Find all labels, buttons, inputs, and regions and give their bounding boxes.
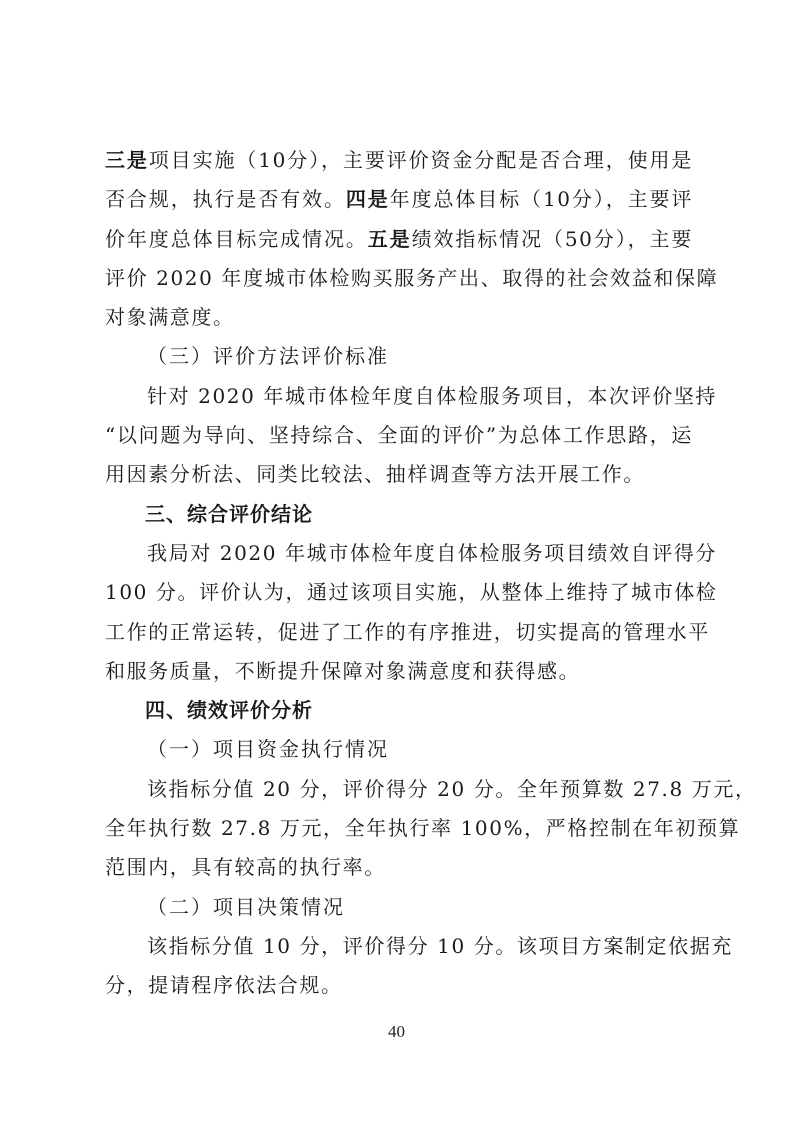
text-line: 三是项目实施（10分），主要评价资金分配是否合理，使用是 (105, 141, 693, 180)
text-line: 和服务质量，不断提升保障对象满意度和获得感。 (105, 652, 693, 691)
paragraph-evaluation-criteria: 三是项目实施（10分），主要评价资金分配是否合理，使用是 否合规，执行是否有效。… (105, 141, 693, 337)
text-line: 评价 2020 年度城市体检购买服务产出、取得的社会效益和保障 (105, 259, 693, 298)
text-line: 用因素分析法、同类比较法、抽样调查等方法开展工作。 (105, 455, 693, 494)
text-run: 价年度总体目标完成情况。 (105, 227, 368, 251)
document-page: 三是项目实施（10分），主要评价资金分配是否合理，使用是 否合规，执行是否有效。… (105, 141, 693, 1006)
paragraph-eval-method: 针对 2020 年城市体检年度自体检服务项目，本次评价坚持 “以问题为导向、坚持… (105, 377, 693, 495)
text-line: 否合规，执行是否有效。四是年度总体目标（10分），主要评 (105, 180, 693, 219)
text-line: 价年度总体目标完成情况。五是绩效指标情况（50分），主要 (105, 220, 693, 259)
text-line: 我局对 2020 年城市体检年度自体检服务项目绩效自评得分 (105, 534, 693, 573)
text-line: “以问题为导向、坚持综合、全面的评价”为总体工作思路，运 (105, 416, 693, 455)
paragraph-conclusion: 我局对 2020 年城市体检年度自体检服务项目绩效自评得分 100 分。评价认为… (105, 534, 693, 691)
emphasis-label: 三是 (105, 148, 149, 172)
text-line: 全年执行数 27.8 万元，全年执行率 100%，严格控制在年初预算 (105, 809, 693, 848)
text-line: 针对 2020 年城市体检年度自体检服务项目，本次评价坚持 (105, 377, 693, 416)
text-line: 该指标分值 10 分，评价得分 10 分。该项目方案制定依据充 (105, 927, 693, 966)
text-line: 工作的正常运转，促进了工作的有序推进，切实提高的管理水平 (105, 613, 693, 652)
subheading-decision: （二）项目决策情况 (105, 888, 693, 927)
subheading-fund-execution: （一）项目资金执行情况 (105, 730, 693, 769)
text-line: 100 分。评价认为，通过该项目实施，从整体上维持了城市体检 (105, 573, 693, 612)
text-run: 年度总体目标（10分），主要评 (390, 187, 693, 211)
text-run: 绩效指标情况（50分），主要 (412, 227, 693, 251)
section-heading-analysis: 四、绩效评价分析 (105, 691, 693, 730)
text-run: 项目实施（10分），主要评价资金分配是否合理，使用是 (149, 148, 693, 172)
paragraph-decision: 该指标分值 10 分，评价得分 10 分。该项目方案制定依据充 分，提请程序依法… (105, 927, 693, 1006)
page-number: 40 (0, 1022, 793, 1042)
text-line: 该指标分值 20 分，评价得分 20 分。全年预算数 27.8 万元， (105, 770, 693, 809)
section-heading-conclusion: 三、综合评价结论 (105, 495, 693, 534)
text-run: 否合规，执行是否有效。 (105, 187, 346, 211)
subheading-eval-method: （三）评价方法评价标准 (105, 337, 693, 376)
text-line: 分，提请程序依法合规。 (105, 966, 693, 1005)
paragraph-fund-execution: 该指标分值 20 分，评价得分 20 分。全年预算数 27.8 万元， 全年执行… (105, 770, 693, 888)
emphasis-label: 四是 (346, 187, 390, 211)
emphasis-label: 五是 (368, 227, 412, 251)
text-line: 对象满意度。 (105, 298, 693, 337)
text-line: 范围内，具有较高的执行率。 (105, 848, 693, 887)
